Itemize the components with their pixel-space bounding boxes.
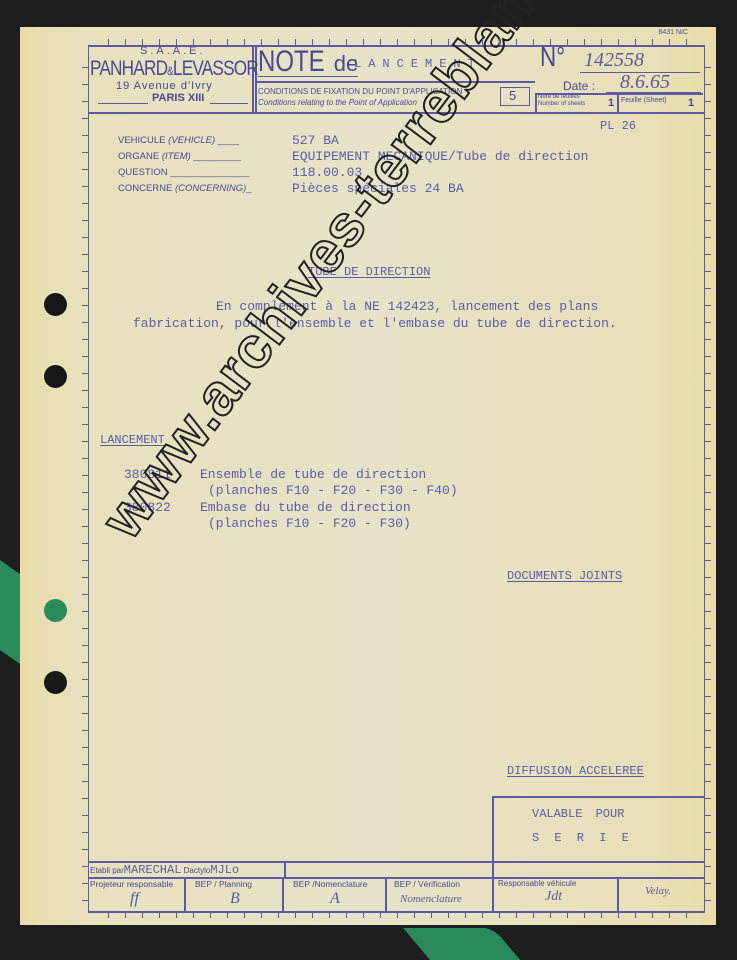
ruler-tick [108, 39, 109, 45]
ruler-tick [82, 84, 88, 85]
lancement-item-line2: (planches F10 - F20 - F30 - F40) [208, 483, 458, 498]
ruler-tick [705, 169, 711, 170]
ruler-tick [363, 912, 364, 918]
ruler-tick [705, 883, 711, 884]
form-code: 8431 NIC [658, 29, 688, 36]
ruler-tick [82, 713, 88, 714]
ruler-tick [82, 594, 88, 595]
ruler-tick [705, 220, 711, 221]
ruler-tick [448, 912, 449, 918]
ruler-tick [705, 696, 711, 697]
ruler-tick [705, 781, 711, 782]
ruler-tick [705, 560, 711, 561]
field-label-vehicule: VEHICULE (VEHICLE) ____ [118, 135, 239, 146]
validity-line2: S E R I E [532, 831, 633, 845]
ruler-tick [705, 509, 711, 510]
documents-joints-heading: DOCUMENTS JOINTS [507, 569, 622, 583]
ruler-tick [705, 611, 711, 612]
ruler-tick [652, 39, 653, 45]
ruler-tick [431, 39, 432, 45]
ruler-tick [705, 679, 711, 680]
signature: Velay. [645, 885, 671, 897]
ruler-tick [686, 39, 687, 45]
ruler-tick [482, 912, 483, 918]
ruler-tick [482, 39, 483, 45]
ruler-tick [705, 390, 711, 391]
ruler-tick [210, 39, 211, 45]
ruler-tick [82, 730, 88, 731]
ruler-tick [705, 135, 711, 136]
ruler-tick [705, 84, 711, 85]
ruler-tick [210, 912, 211, 918]
ruler-tick [82, 407, 88, 408]
ruler-tick [82, 441, 88, 442]
pl-reference: PL 26 [600, 119, 636, 133]
ruler-tick [82, 696, 88, 697]
ruler-tick [601, 39, 602, 45]
ruler-tick [278, 912, 279, 918]
ruler-tick [82, 781, 88, 782]
ruler-tick [82, 288, 88, 289]
ruler-tick [705, 849, 711, 850]
ruler-tick [705, 254, 711, 255]
ruler-tick [705, 203, 711, 204]
ruler-tick [82, 152, 88, 153]
body-paragraph-line2: fabrication, pour l'ensemble et l'embase… [133, 316, 617, 331]
ruler-tick [705, 441, 711, 442]
ruler-tick [705, 339, 711, 340]
ruler-tick [499, 912, 500, 918]
ruler-tick [159, 39, 160, 45]
ruler-tick [499, 39, 500, 45]
ruler-tick [295, 912, 296, 918]
ruler-tick [533, 39, 534, 45]
conditions-value: 5 [509, 88, 516, 103]
document-sheet: 8431 NIC S.A.A.E. PANHARD&LEVASSOR 19 Av… [20, 27, 716, 925]
ruler-tick [705, 67, 711, 68]
ruler-tick [705, 866, 711, 867]
ruler-tick [705, 645, 711, 646]
background-green-band-bottom [403, 928, 527, 960]
ruler-tick [705, 492, 711, 493]
ruler-tick [82, 339, 88, 340]
footer-column-label: Responsable véhicule [498, 879, 576, 888]
footer-column-label: BEP /Nomenclature [293, 879, 368, 889]
sheet-value: 1 [688, 97, 694, 109]
ruler-tick [125, 39, 126, 45]
ruler-tick [601, 912, 602, 918]
ruler-tick [82, 577, 88, 578]
ruler-tick [82, 271, 88, 272]
ruler-tick [193, 912, 194, 918]
ruler-tick [705, 832, 711, 833]
ruler-tick [261, 39, 262, 45]
ruler-tick [652, 912, 653, 918]
ruler-tick [82, 220, 88, 221]
ruler-tick [82, 611, 88, 612]
ruler-tick [618, 39, 619, 45]
ruler-tick [82, 509, 88, 510]
ruler-tick [176, 912, 177, 918]
ruler-tick [516, 912, 517, 918]
ruler-tick [705, 322, 711, 323]
ruler-tick [176, 39, 177, 45]
ruler-tick [82, 458, 88, 459]
ruler-tick [705, 407, 711, 408]
ruler-tick [82, 390, 88, 391]
ruler-tick [82, 322, 88, 323]
signature: ff [130, 890, 139, 908]
ruler-tick [82, 101, 88, 102]
ruler-tick [705, 594, 711, 595]
ruler-tick [82, 798, 88, 799]
ruler-tick [533, 912, 534, 918]
ruler-tick [705, 271, 711, 272]
ruler-tick [705, 764, 711, 765]
ruler-tick [193, 39, 194, 45]
ruler-tick [705, 798, 711, 799]
ruler-tick [618, 912, 619, 918]
punch-hole [44, 293, 67, 316]
ruler-tick [705, 713, 711, 714]
punch-hole [44, 365, 67, 388]
field-label-question: QUESTION _______________ [118, 167, 250, 178]
field-label-organe: ORGANE (ITEM) _________ [118, 151, 241, 162]
ruler-tick [705, 543, 711, 544]
diffusion-heading: DIFFUSION ACCELEREE [507, 764, 644, 778]
ruler-tick [705, 373, 711, 374]
ruler-tick [82, 645, 88, 646]
ruler-tick [705, 628, 711, 629]
ruler-tick [705, 424, 711, 425]
ruler-tick [516, 39, 517, 45]
ruler-tick [82, 526, 88, 527]
ruler-tick [244, 39, 245, 45]
ruler-tick [82, 237, 88, 238]
ruler-tick [705, 101, 711, 102]
etabli-par: Etabli parMARECHAL DactyloMJLo [90, 863, 239, 877]
number-value: 142558 [584, 49, 644, 72]
ruler-tick [278, 39, 279, 45]
ruler-tick [82, 305, 88, 306]
number-label: N° [540, 41, 565, 73]
ruler-tick [227, 39, 228, 45]
ruler-tick [705, 730, 711, 731]
sheets-label: Nbre de feuilles Number of sheets [538, 94, 585, 108]
ruler-tick [312, 912, 313, 918]
ruler-tick [82, 424, 88, 425]
ruler-tick [705, 305, 711, 306]
ruler-tick [346, 912, 347, 918]
ruler-tick [329, 912, 330, 918]
ruler-tick [82, 203, 88, 204]
ruler-tick [705, 186, 711, 187]
company-name: PANHARD&LEVASSOR [90, 57, 258, 81]
ruler-tick [669, 39, 670, 45]
ruler-tick [82, 475, 88, 476]
ruler-tick [82, 628, 88, 629]
ruler-tick [244, 912, 245, 918]
ruler-tick [142, 912, 143, 918]
ruler-tick [227, 912, 228, 918]
date-value: 8.6.65 [620, 71, 670, 94]
ruler-tick [82, 169, 88, 170]
lancement-item-line1: Embase du tube de direction [200, 500, 411, 515]
ruler-tick [567, 912, 568, 918]
footer-column-label: Projeteur responsable [90, 879, 173, 889]
ruler-tick [346, 39, 347, 45]
ruler-tick [414, 912, 415, 918]
ruler-tick [550, 39, 551, 45]
company-abbrev: S.A.A.E. [140, 45, 206, 57]
ruler-tick [82, 67, 88, 68]
ruler-tick [669, 912, 670, 918]
field-value-vehicule: 527 BA [292, 133, 339, 148]
ruler-tick [82, 543, 88, 544]
ruler-tick [82, 900, 88, 901]
ruler-tick [431, 912, 432, 918]
ruler-tick [82, 764, 88, 765]
field-label-concerne: CONCERNE (CONCERNING)_ [118, 183, 252, 194]
punch-hole [44, 671, 67, 694]
ruler-tick [705, 526, 711, 527]
lancement-item-line1: Ensemble de tube de direction [200, 467, 426, 482]
sheets-count: 1 [608, 97, 614, 109]
ruler-tick [465, 912, 466, 918]
ruler-tick [705, 118, 711, 119]
ruler-tick [82, 492, 88, 493]
ruler-tick [705, 458, 711, 459]
ruler-tick [82, 747, 88, 748]
sheet-label: Feuille (Sheet) [621, 97, 667, 104]
ruler-tick [567, 39, 568, 45]
ruler-tick [82, 662, 88, 663]
validity-line1: VALABLE POUR [532, 807, 624, 821]
ruler-tick [584, 39, 585, 45]
signature: Jdt [545, 889, 562, 905]
ruler-tick [82, 832, 88, 833]
ruler-tick [397, 912, 398, 918]
ruler-tick [82, 118, 88, 119]
ruler-tick [125, 912, 126, 918]
footer-column-label: BEP / Planning [195, 879, 252, 889]
ruler-tick [82, 849, 88, 850]
footer-column-label: BEP / Vérification [394, 879, 460, 889]
ruler-tick [686, 912, 687, 918]
punch-hole [44, 599, 67, 622]
ruler-tick [705, 577, 711, 578]
ruler-tick [465, 39, 466, 45]
note-title: NOTE de [258, 45, 358, 79]
ruler-tick [397, 39, 398, 45]
ruler-tick [82, 815, 88, 816]
ruler-tick [82, 883, 88, 884]
ruler-tick [295, 39, 296, 45]
ruler-tick [82, 254, 88, 255]
ruler-tick [705, 747, 711, 748]
ruler-tick [108, 912, 109, 918]
ruler-tick [380, 39, 381, 45]
ruler-tick [705, 900, 711, 901]
lancement-item-line2: (planches F10 - F20 - F30) [208, 516, 411, 531]
ruler-tick [82, 679, 88, 680]
ruler-tick [448, 39, 449, 45]
ruler-tick [380, 912, 381, 918]
ruler-tick [414, 39, 415, 45]
signature: A [330, 890, 340, 908]
ruler-tick [159, 912, 160, 918]
ruler-tick [82, 135, 88, 136]
ruler-tick [82, 186, 88, 187]
ruler-tick [82, 373, 88, 374]
ruler-tick [312, 39, 313, 45]
ruler-tick [363, 39, 364, 45]
ruler-tick [705, 356, 711, 357]
ruler-tick [82, 866, 88, 867]
ruler-tick [635, 39, 636, 45]
signature: Nomenclature [400, 893, 462, 905]
ruler-tick [142, 39, 143, 45]
company-address: 19 Avenue d'Ivry [116, 80, 213, 92]
date-label: Date : [563, 79, 595, 93]
ruler-tick [635, 912, 636, 918]
ruler-tick [705, 815, 711, 816]
ruler-tick [705, 475, 711, 476]
ruler-tick [705, 662, 711, 663]
ruler-tick [705, 288, 711, 289]
ruler-tick [329, 39, 330, 45]
ruler-tick [261, 912, 262, 918]
company-city: PARIS XIII [152, 92, 204, 104]
signature: B [230, 890, 240, 908]
ruler-tick [550, 912, 551, 918]
ruler-tick [82, 560, 88, 561]
ruler-tick [82, 356, 88, 357]
ruler-tick [705, 237, 711, 238]
ruler-tick [584, 912, 585, 918]
ruler-tick [705, 152, 711, 153]
